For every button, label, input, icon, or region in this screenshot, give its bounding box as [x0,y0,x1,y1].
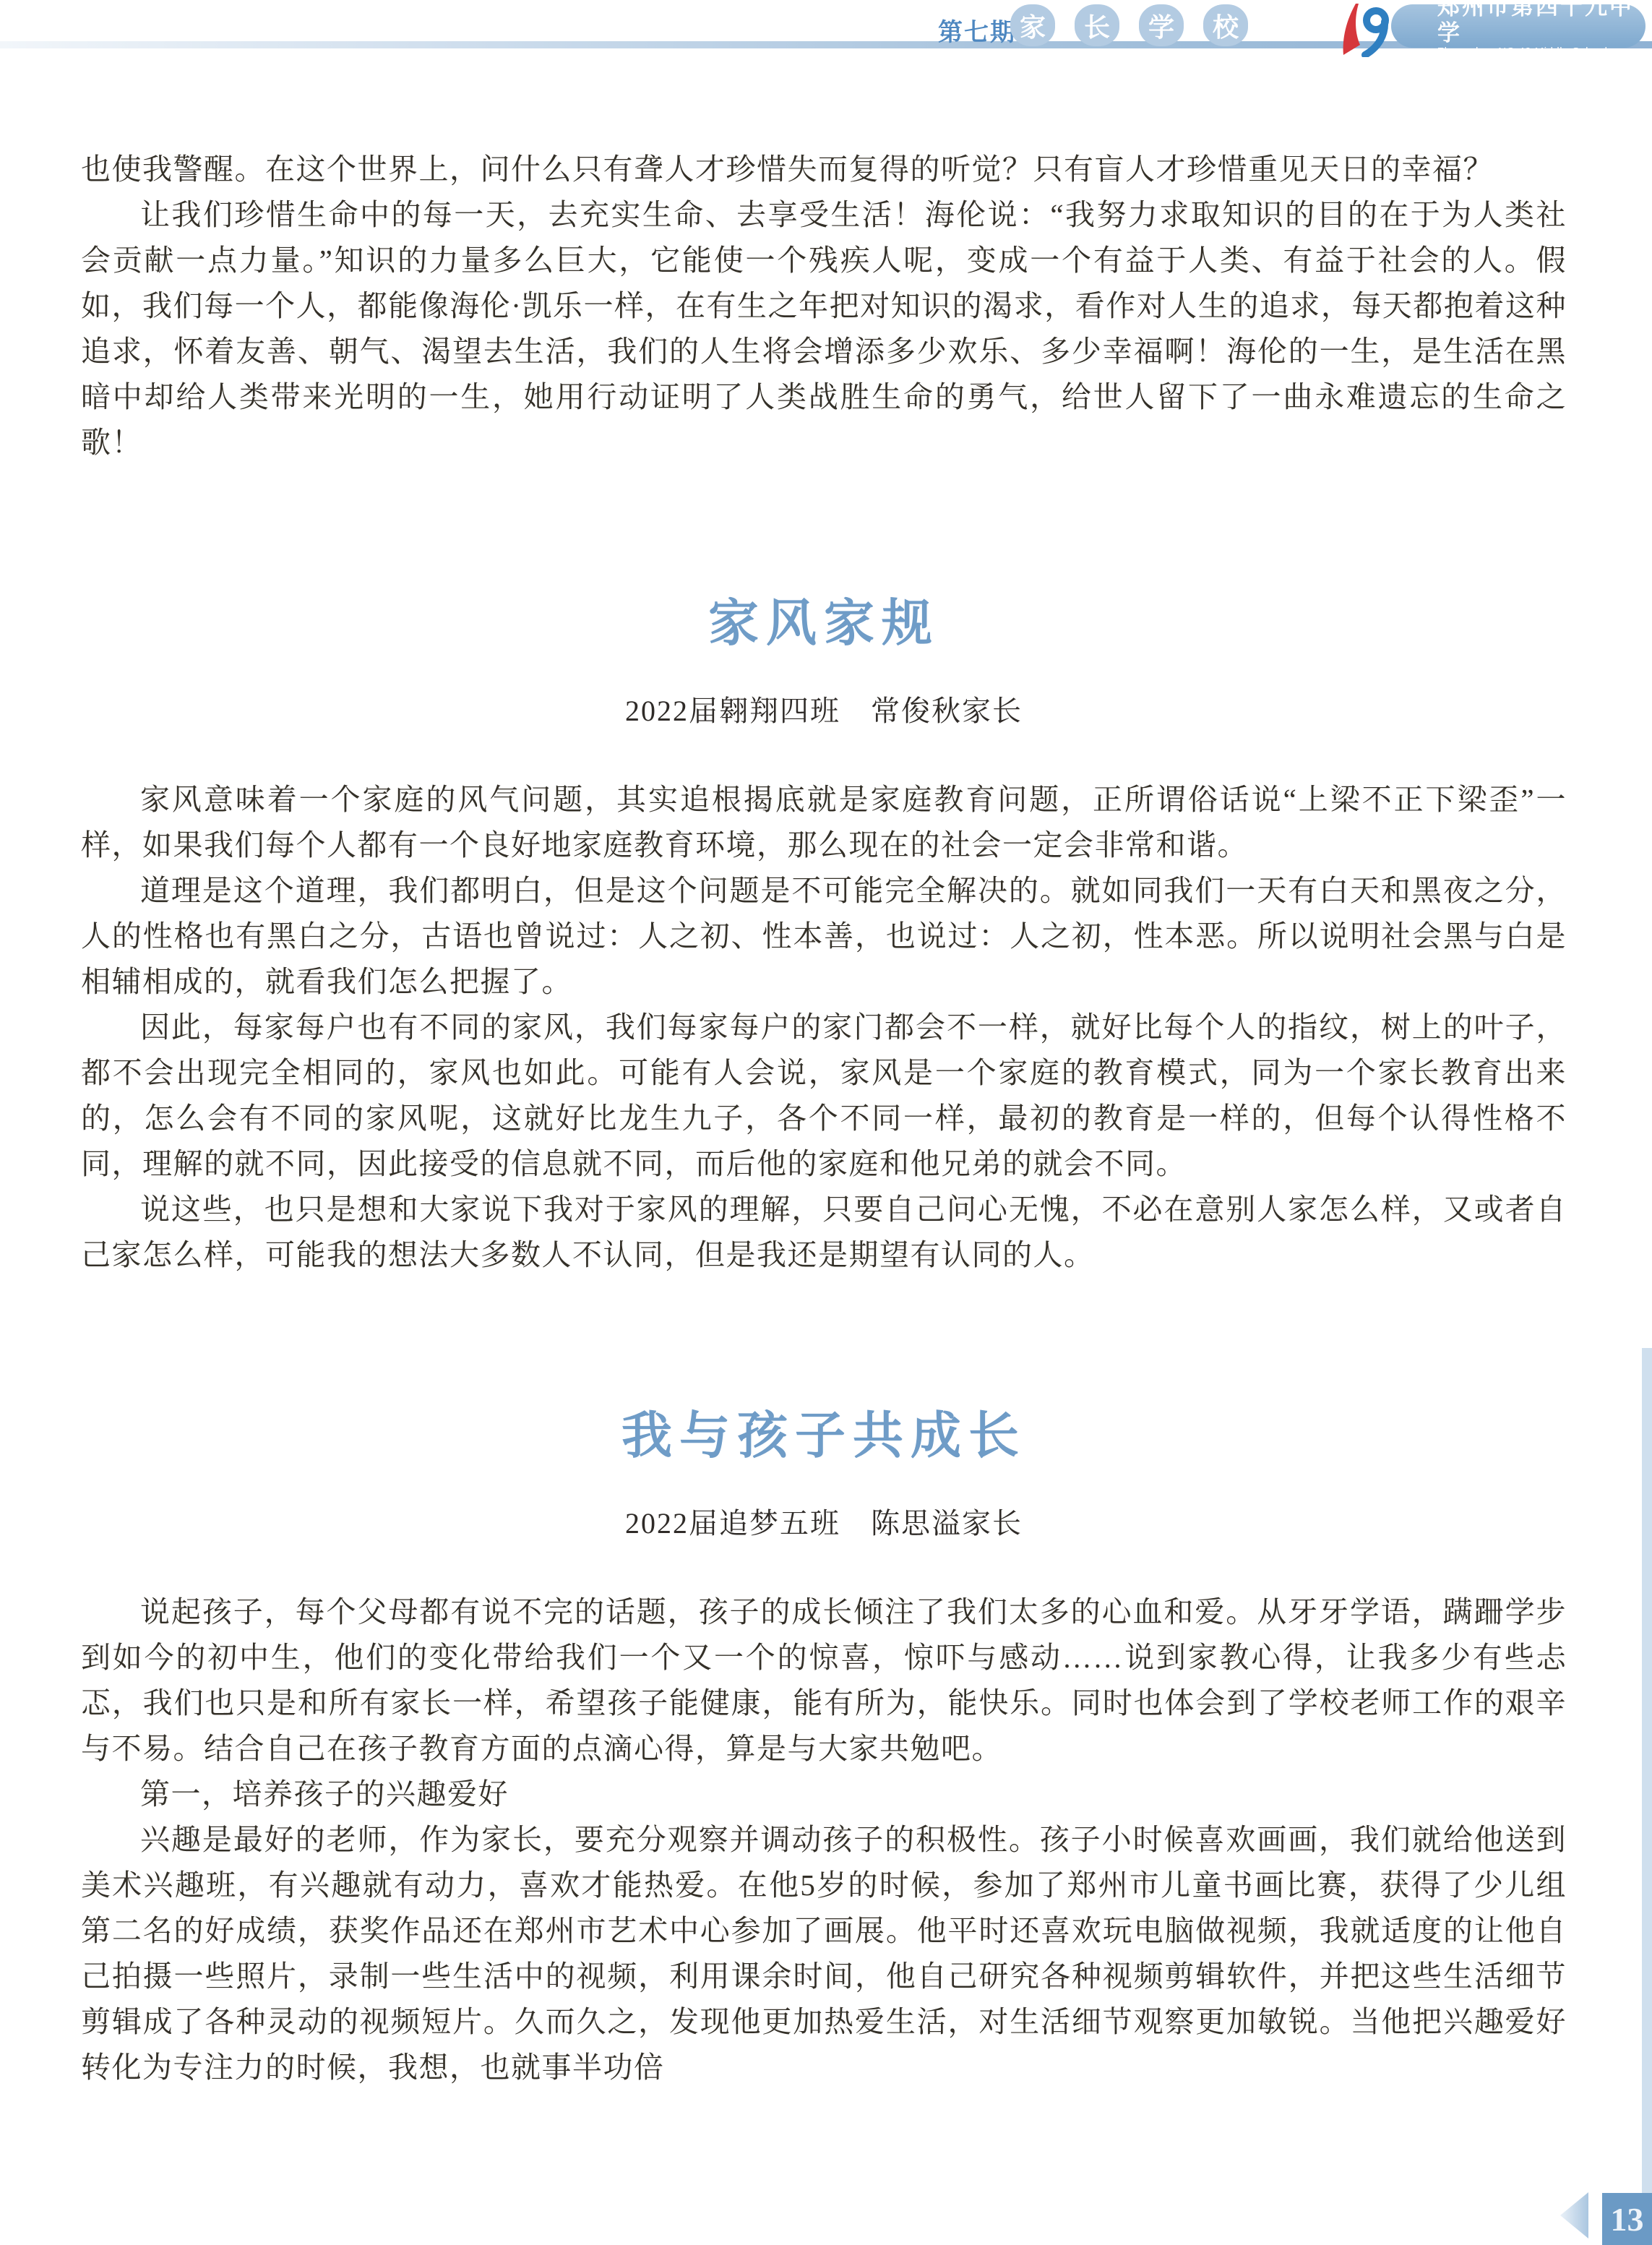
header-pill-label: 校 [1213,7,1239,44]
school-name-en: Zhengzhou NO.49 Middle School [1437,46,1645,58]
article-paragraph: 道理是这个道理，我们都明白，但是这个问题是不可能完全解决的。就如同我们一天有白天… [81,868,1567,1005]
intro-paragraph: 也使我警醒。在这个世界上，问什么只有聋人才珍惜失而复得的听觉？只有盲人才珍惜重见… [81,147,1567,192]
page-body: 也使我警醒。在这个世界上，问什么只有聋人才珍惜失而复得的听觉？只有盲人才珍惜重见… [81,147,1567,2090]
article-family-rules: 家风家规 2022届翱翔四班 常俊秋家长 家风意味着一个家庭的风气问题，其实追根… [81,594,1567,1278]
issue-label: 第七期 [938,12,1016,48]
header-pill-label: 长 [1084,7,1110,44]
page-header: 第七期 家 长 学 校 郑州市第四十九中学 Zhengzhou NO.49 Mi… [0,0,1652,59]
article-byline: 2022届翱翔四班 常俊秋家长 [81,688,1567,729]
header-pill-xiao: 校 [1203,4,1248,46]
school-name-cn: 郑州市第四十九中学 [1437,0,1645,46]
article-paragraph: 兴趣是最好的老师，作为家长，要充分观察并调动孩子的积极性。孩子小时候喜欢画画，我… [81,1817,1567,2090]
page-number-badge: 13 [1602,2193,1652,2245]
intro-paragraph: 让我们珍惜生命中的每一天，去充实生命、去享受生活！海伦说：“我努力求取知识的目的… [81,192,1567,465]
article-grow-with-child: 我与孩子共成长 2022届追梦五班 陈思溢家长 说起孩子，每个父母都有说不完的话… [81,1407,1567,2090]
article-body: 家风意味着一个家庭的风气问题，其实追根揭底就是家庭教育问题，正所谓俗话说“上梁不… [81,777,1567,1278]
school-name-banner: 郑州市第四十九中学 Zhengzhou NO.49 Middle School [1391,4,1645,48]
header-pill-jia: 家 [1010,4,1055,46]
page-number: 13 [1611,2200,1644,2238]
article-paragraph: 说这些，也只是想和大家说下我对于家风的理解，只要自己问心无愧，不必在意别人家怎么… [81,1187,1567,1278]
header-pill-label: 学 [1148,7,1174,44]
article-byline: 2022届追梦五班 陈思溢家长 [81,1501,1567,1542]
article-paragraph: 家风意味着一个家庭的风气问题，其实追根揭底就是家庭教育问题，正所谓俗话说“上梁不… [81,777,1567,868]
article-paragraph: 第一，培养孩子的兴趣爱好 [81,1772,1567,1817]
header-pill-label: 家 [1020,7,1046,44]
header-title-pills: 家 长 学 校 [1010,4,1248,46]
corner-arrow-icon [1560,2192,1588,2238]
article-title: 我与孩子共成长 [81,1407,1567,1467]
article-paragraph: 因此，每家每户也有不同的家风，我们每家每户的家门都会不一样，就好比每个人的指纹，… [81,1005,1567,1187]
school-logo-49-sail-icon [1333,1,1407,57]
header-pill-zhang: 长 [1075,4,1119,46]
article-title: 家风家规 [81,594,1567,655]
magazine-page: 第七期 家 长 学 校 郑州市第四十九中学 Zhengzhou NO.49 Mi… [0,0,1652,2245]
article-body: 说起孩子，每个父母都有说不完的话题，孩子的成长倾注了我们太多的心血和爱。从牙牙学… [81,1589,1567,2090]
right-edge-accent-bar [1642,1348,1652,2245]
header-pill-xue: 学 [1139,4,1184,46]
article-paragraph: 说起孩子，每个父母都有说不完的话题，孩子的成长倾注了我们太多的心血和爱。从牙牙学… [81,1589,1567,1772]
